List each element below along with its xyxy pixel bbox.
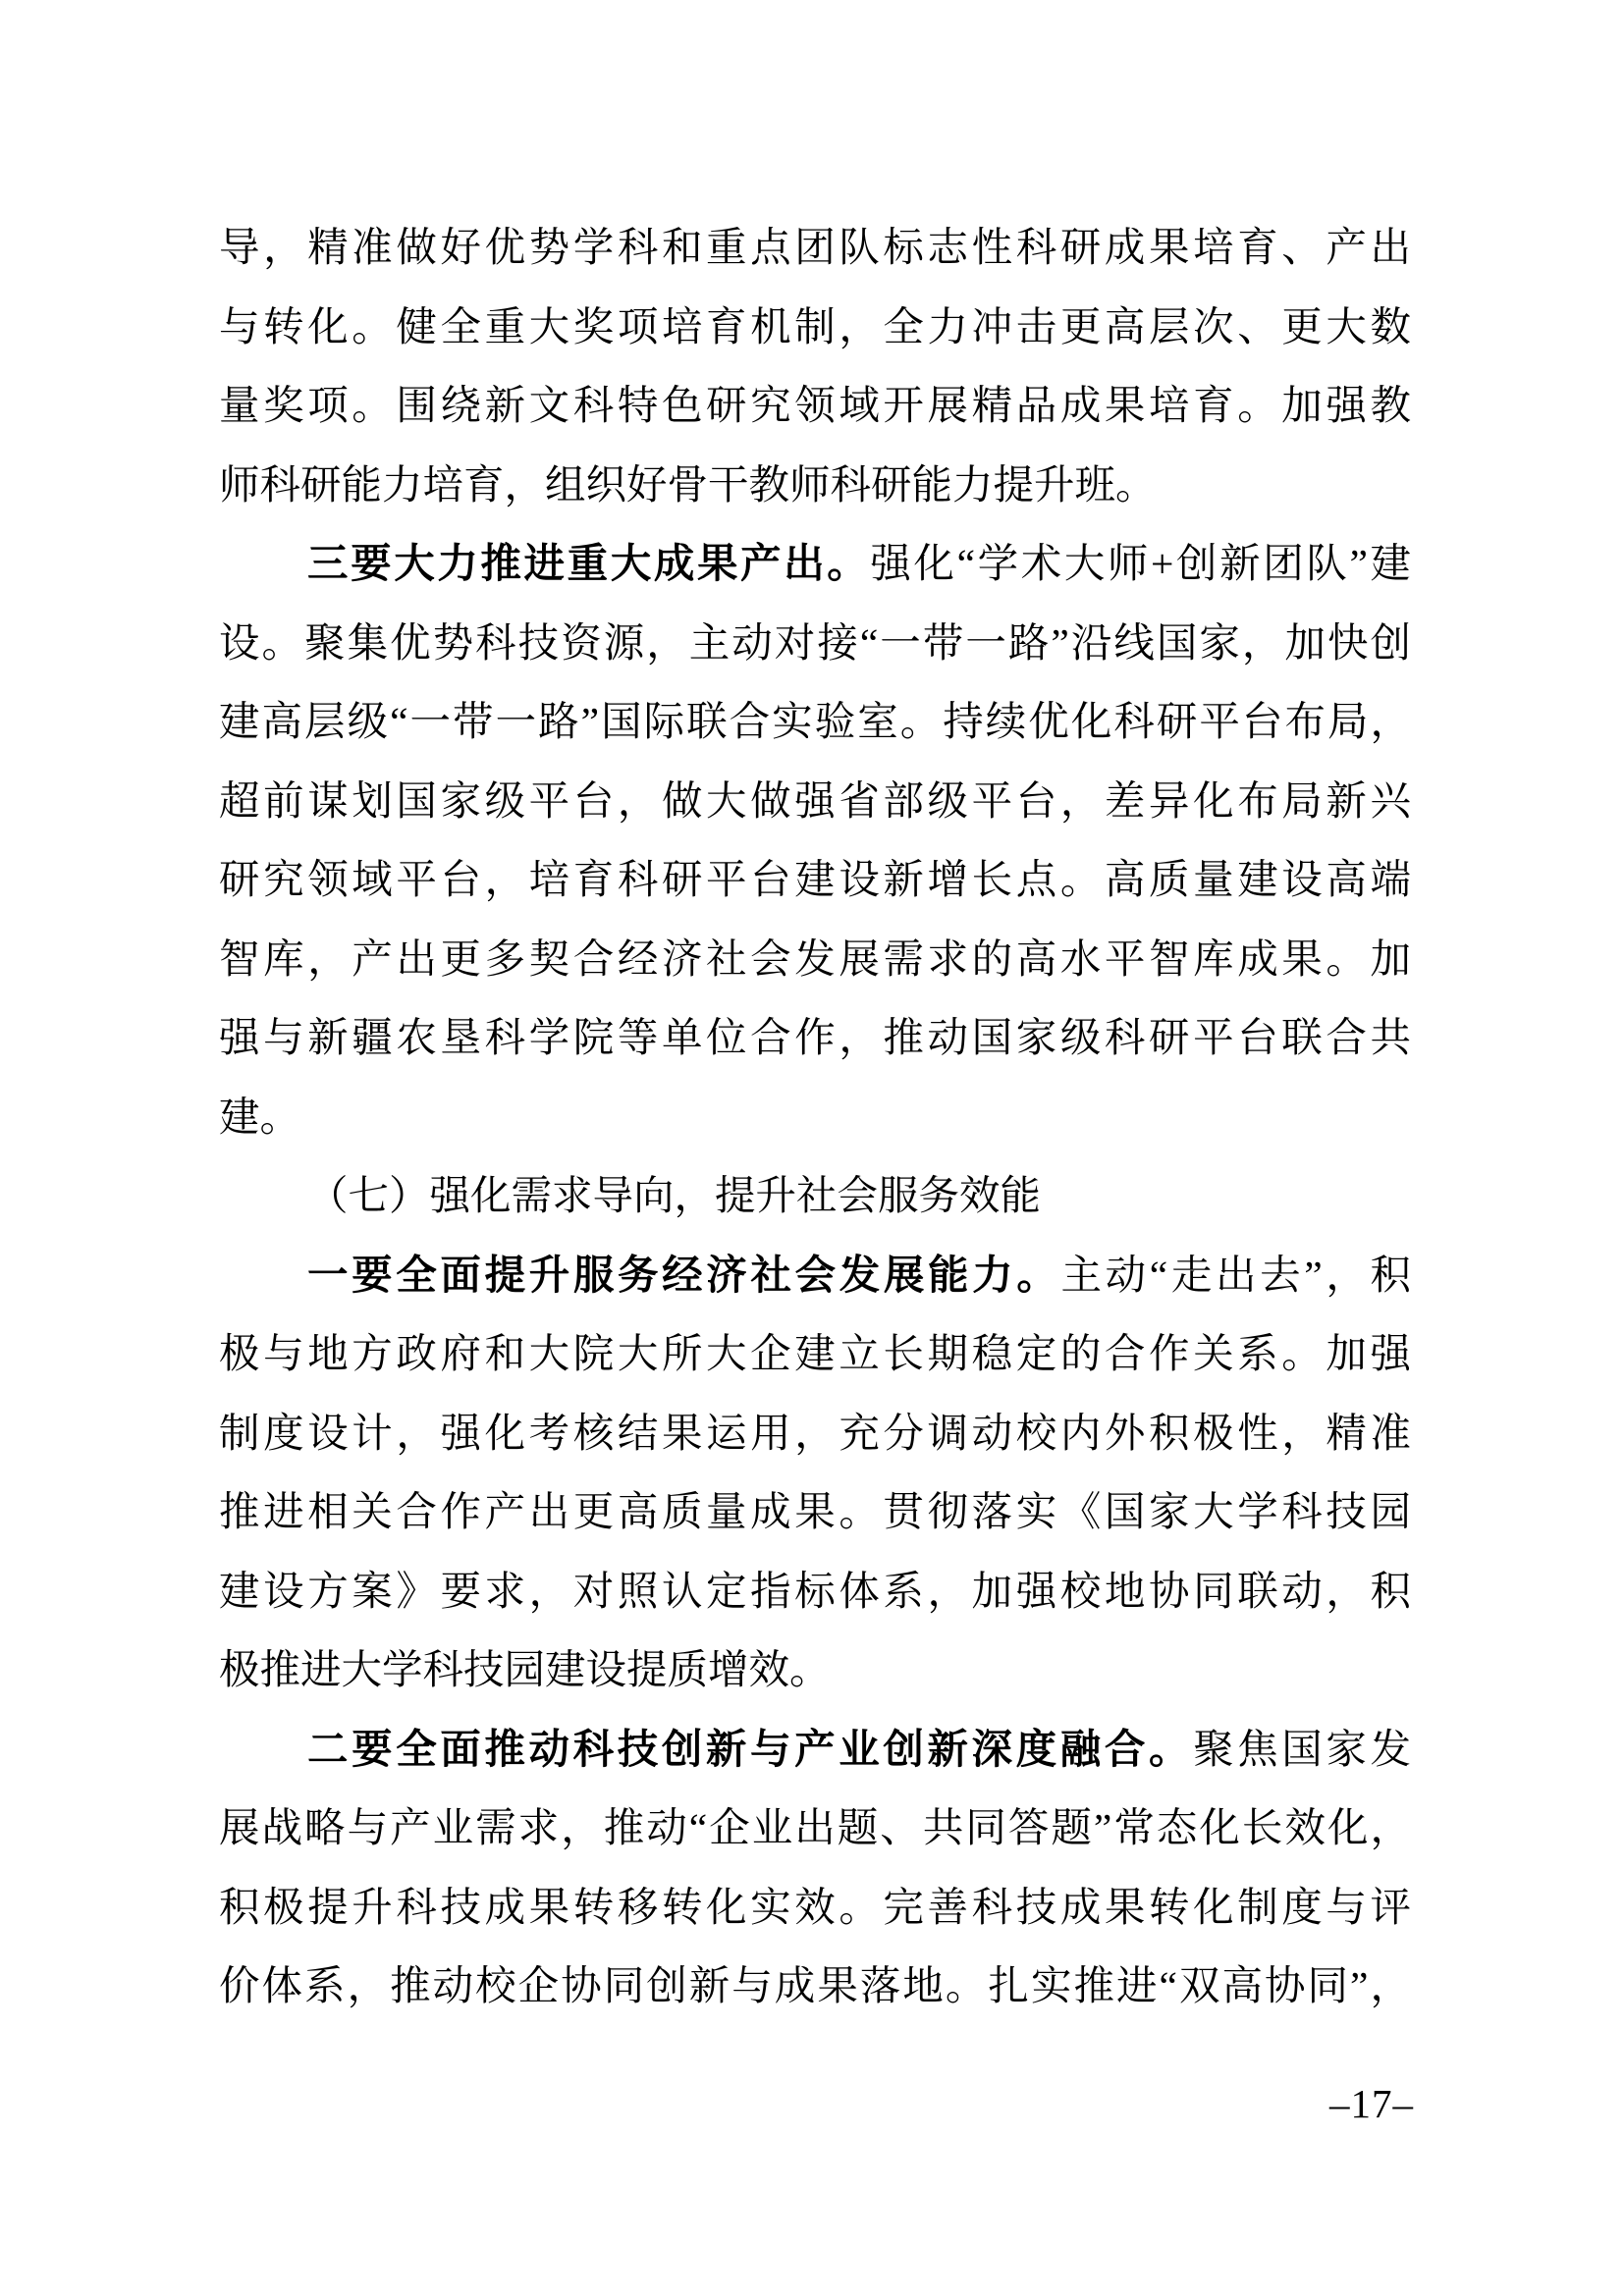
- text-segment: 量奖项。围绕新文科特色研究领域开展精品成果培育。加强教: [219, 383, 1411, 428]
- text-segment: 强化“学术大师+创新团队”建: [870, 541, 1411, 586]
- text-segment: 导，精准做好优势学科和重点团队标志性科研成果培育、产出: [219, 225, 1411, 270]
- text-segment: 聚焦国家发: [1193, 1727, 1411, 1772]
- text-line: 价体系，推动校企协同创新与成果落地。扎实推进“双高协同”，: [219, 1947, 1411, 2026]
- text-line: 设。聚集优势科技资源，主动对接“一带一路”沿线国家，加快创: [219, 604, 1411, 683]
- text-line: 极推进大学科技园建设提质增效。: [219, 1630, 1411, 1710]
- text-segment: 建高层级“一带一路”国际联合实验室。持续优化科研平台布局，: [219, 699, 1411, 744]
- text-line: 师科研能力培育，组织好骨干教师科研能力提升班。: [219, 446, 1411, 525]
- text-line: 极与地方政府和大院大所大企建立长期稳定的合作关系。加强: [219, 1314, 1411, 1394]
- text-segment: 设。聚集优势科技资源，主动对接“一带一路”沿线国家，加快创: [219, 620, 1411, 666]
- text-segment: 价体系，推动校企协同创新与成果落地。扎实推进“双高协同”，: [219, 1963, 1411, 2008]
- text-segment: 推进相关合作产出更高质量成果。贯彻落实《国家大学科技园: [219, 1489, 1411, 1534]
- text-line: 三要大力推进重大成果产出。强化“学术大师+创新团队”建: [219, 524, 1411, 604]
- text-segment: 建设方案》要求，对照认定指标体系，加强校地协同联动，积: [219, 1569, 1411, 1614]
- text-line: 建设方案》要求，对照认定指标体系，加强校地协同联动，积: [219, 1552, 1411, 1631]
- text-line: 建。: [219, 1078, 1411, 1157]
- text-segment: 极推进大学科技园建设提质增效。: [219, 1647, 831, 1692]
- bold-lead-text: 三要大力推进重大成果产出。: [307, 541, 870, 586]
- text-segment: 智库，产出更多契合经济社会发展需求的高水平智库成果。加: [219, 936, 1411, 982]
- text-line: 研究领域平台，培育科研平台建设新增长点。高质量建设高端: [219, 840, 1411, 920]
- text-segment: 超前谋划国家级平台，做大做强省部级平台，差异化布局新兴: [219, 778, 1411, 824]
- text-line: 积极提升科技成果转移转化实效。完善科技成果转化制度与评: [219, 1868, 1411, 1948]
- text-segment: 建。: [219, 1095, 300, 1140]
- text-line: 二要全面推动科技创新与产业创新深度融合。聚焦国家发: [219, 1710, 1411, 1789]
- document-body: 导，精准做好优势学科和重点团队标志性科研成果培育、产出与转化。健全重大奖项培育机…: [219, 208, 1411, 2026]
- text-line: 与转化。健全重大奖项培育机制，全力冲击更高层次、更大数: [219, 288, 1411, 367]
- text-segment: 展战略与产业需求，推动“企业出题、共同答题”常态化长效化，: [219, 1805, 1411, 1850]
- text-segment: 研究领域平台，培育科研平台建设新增长点。高质量建设高端: [219, 857, 1411, 902]
- text-line: 展战略与产业需求，推动“企业出题、共同答题”常态化长效化，: [219, 1789, 1411, 1868]
- document-page: 导，精准做好优势学科和重点团队标志性科研成果培育、产出与转化。健全重大奖项培育机…: [0, 0, 1624, 2296]
- text-line: 制度设计，强化考核结果运用，充分调动校内外积极性，精准: [219, 1394, 1411, 1473]
- text-line: （七）强化需求导向，提升社会服务效能: [219, 1156, 1411, 1236]
- text-line: 智库，产出更多契合经济社会发展需求的高水平智库成果。加: [219, 920, 1411, 999]
- text-segment: 师科研能力培育，组织好骨干教师科研能力提升班。: [219, 462, 1157, 507]
- text-line: 一要全面提升服务经济社会发展能力。主动“走出去”，积: [219, 1236, 1411, 1315]
- text-segment: 主动“走出去”，积: [1060, 1253, 1411, 1298]
- text-line: 量奖项。围绕新文科特色研究领域开展精品成果培育。加强教: [219, 366, 1411, 446]
- text-segment: 强与新疆农垦科学院等单位合作，推动国家级科研平台联合共: [219, 1015, 1411, 1060]
- bold-lead-text: 一要全面提升服务经济社会发展能力。: [307, 1253, 1060, 1298]
- bold-lead-text: 二要全面推动科技创新与产业创新深度融合。: [307, 1727, 1193, 1772]
- text-line: 强与新疆农垦科学院等单位合作，推动国家级科研平台联合共: [219, 998, 1411, 1078]
- page-number: –17–: [1021, 2079, 1414, 2128]
- text-line: 导，精准做好优势学科和重点团队标志性科研成果培育、产出: [219, 208, 1411, 288]
- text-segment: 积极提升科技成果转移转化实效。完善科技成果转化制度与评: [219, 1885, 1411, 1930]
- text-segment: 制度设计，强化考核结果运用，充分调动校内外积极性，精准: [219, 1411, 1411, 1456]
- text-segment: 与转化。健全重大奖项培育机制，全力冲击更高层次、更大数: [219, 304, 1411, 349]
- text-line: 推进相关合作产出更高质量成果。贯彻落实《国家大学科技园: [219, 1472, 1411, 1552]
- text-segment: 极与地方政府和大院大所大企建立长期稳定的合作关系。加强: [219, 1331, 1411, 1376]
- text-segment: （七）强化需求导向，提升社会服务效能: [307, 1173, 1041, 1218]
- text-line: 建高层级“一带一路”国际联合实验室。持续优化科研平台布局，: [219, 682, 1411, 762]
- text-line: 超前谋划国家级平台，做大做强省部级平台，差异化布局新兴: [219, 762, 1411, 841]
